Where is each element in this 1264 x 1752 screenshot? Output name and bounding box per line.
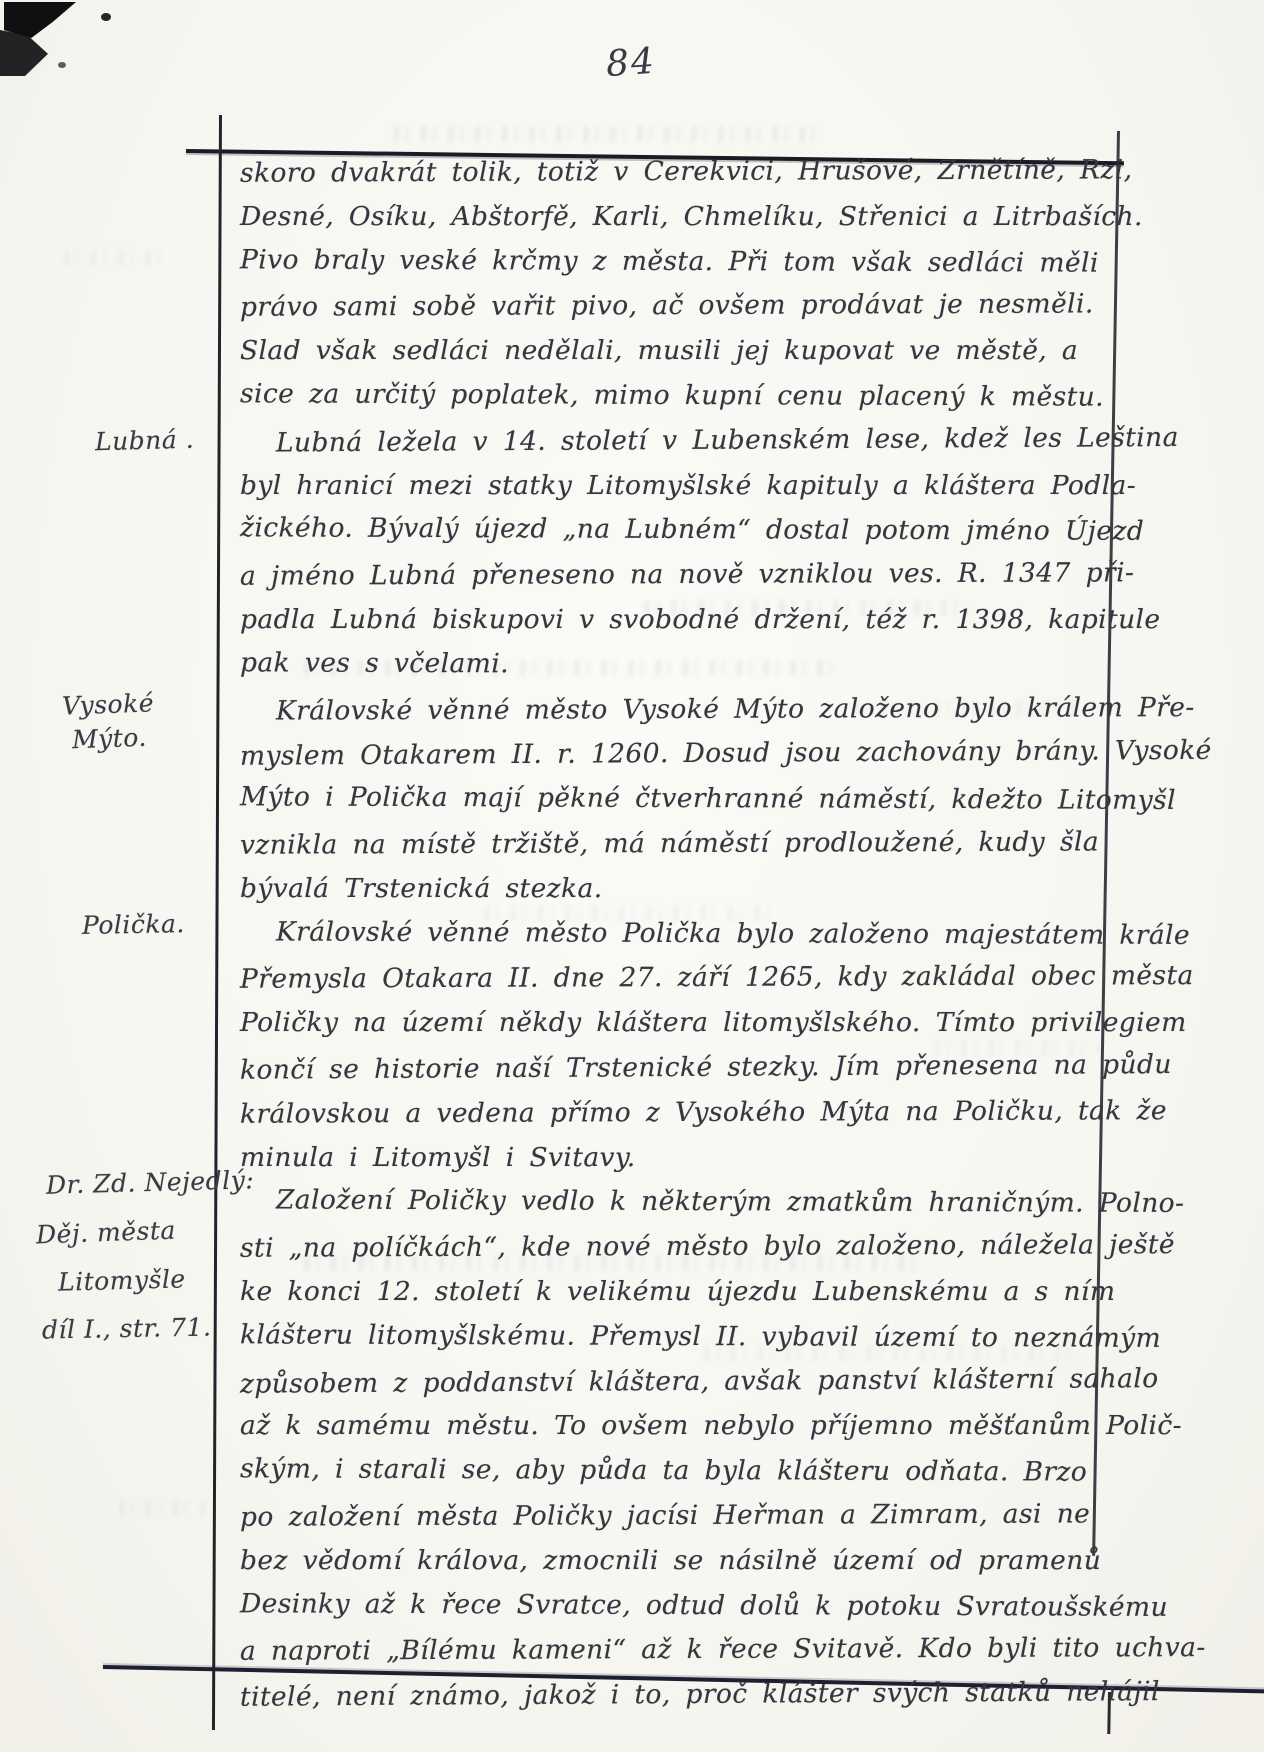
handwritten-line: sti „na políčkách“, kde nové město bylo … <box>240 1223 1120 1271</box>
bleed-through-artifact <box>390 126 820 142</box>
bleed-through-artifact <box>60 250 170 266</box>
handwritten-line: žického. Bývalý újezd „na Lubném“ dostal… <box>240 507 1120 555</box>
margin-note-reference: Děj. města <box>36 1216 177 1250</box>
scan-artifact-blob <box>0 30 48 76</box>
handwritten-line: minula i Litomyšl i Svitavy. <box>240 1136 1120 1181</box>
handwritten-line: pak ves s včelami. <box>240 641 1120 689</box>
scan-artifact-speck <box>58 62 66 68</box>
handwritten-line: skoro dvakrát tolik, totiž v Cerekvici, … <box>240 148 1120 196</box>
margin-note-lubna: Lubná . <box>95 425 195 457</box>
handwritten-line: až k samému městu. To ovšem nebylo příje… <box>240 1404 1120 1449</box>
margin-note-policka: Polička. <box>82 909 185 940</box>
handwritten-line: právo sami sobě vařit pivo, ač ovšem pro… <box>240 283 1120 331</box>
handwritten-line: sice za určitý poplatek, mimo kupní cenu… <box>240 372 1120 420</box>
handwritten-body: skoro dvakrát tolik, totiž v Cerekvici, … <box>240 150 1120 1718</box>
handwritten-line: byl hranicí mezi statky Litomyšlské kapi… <box>240 464 1120 509</box>
handwritten-line: a naproti „Bílému kameni“ až k řece Svit… <box>240 1627 1120 1675</box>
handwritten-line: Pivo braly veské krčmy z města. Při tom … <box>240 238 1120 286</box>
handwritten-line: Desinky až k řece Svratce, odtud dolů k … <box>240 1582 1120 1630</box>
handwritten-line: Královské věnné město Vysoké Mýto založe… <box>240 686 1120 734</box>
margin-note-reference: Litomyšle <box>58 1264 186 1296</box>
handwritten-line: myslem Otakarem II. r. 1260. Dosud jsou … <box>240 730 1120 780</box>
handwritten-line: bez vědomí králova, zmocnili se násilně … <box>240 1539 1120 1584</box>
handwritten-line: ským, i starali se, aby půda ta byla klá… <box>240 1447 1120 1495</box>
handwritten-line: Královské věnné město Polička bylo založ… <box>240 910 1120 958</box>
handwritten-line: titelé, není známo, jakož i to, proč klá… <box>240 1670 1120 1720</box>
margin-note-vysoke-myto: Vysoké <box>62 688 155 720</box>
left-margin-rule <box>212 115 222 1730</box>
handwritten-line: padla Lubná biskupovi v svobodné držení,… <box>240 598 1120 643</box>
handwritten-line: vznikla na místě tržiště, má náměstí pro… <box>240 820 1120 868</box>
handwritten-line: Mýto i Polička mají pěkné čtverhranné ná… <box>240 775 1120 823</box>
margin-note-vysoke-myto: Mýto. <box>72 723 148 755</box>
handwritten-line: Desné, Osíku, Abštorfě, Karli, Chmelíku,… <box>240 195 1120 240</box>
handwritten-line: po založení města Poličky jacísi Heřman … <box>240 1492 1120 1540</box>
handwritten-line: a jméno Lubná přeneseno na nově vzniklou… <box>240 551 1120 599</box>
handwritten-line: klášteru litomyšlskému. Přemysl II. vyba… <box>240 1313 1120 1361</box>
margin-note-reference: díl I., str. 71. <box>42 1313 212 1345</box>
scanned-manuscript-page: 84 Lubná . Vysoké Mýto. Polička. Dr. Zd.… <box>0 0 1264 1752</box>
handwritten-line: Lubná ležela v 14. století v Lubenském l… <box>240 416 1120 466</box>
handwritten-line: končí se historie naší Trstenické stezky… <box>240 1043 1120 1093</box>
handwritten-line: bývalá Trstenická stezka. <box>240 867 1120 912</box>
handwritten-line: Slad však sedláci nedělali, musili jej k… <box>240 329 1120 374</box>
handwritten-line: Přemysla Otakara II. dne 27. září 1265, … <box>240 955 1120 1003</box>
scan-artifact-speck <box>101 13 111 21</box>
handwritten-line: Poličky na území někdy kláštera litomyšl… <box>240 1001 1120 1046</box>
bleed-through-artifact <box>115 1500 210 1516</box>
page-number: 84 <box>605 40 668 85</box>
handwritten-line: Založení Poličky vedlo k některým zmatků… <box>240 1179 1120 1227</box>
margin-note-reference: Dr. Zd. Nejedlý: <box>46 1165 255 1199</box>
scan-artifact-blob <box>4 2 76 38</box>
handwritten-line: ke konci 12. století k velikému újezdu L… <box>240 1270 1120 1315</box>
handwritten-line: způsobem z poddanství kláštera, avšak pa… <box>240 1357 1120 1407</box>
handwritten-line: královskou a vedena přímo z Vysokého Mýt… <box>240 1089 1120 1137</box>
